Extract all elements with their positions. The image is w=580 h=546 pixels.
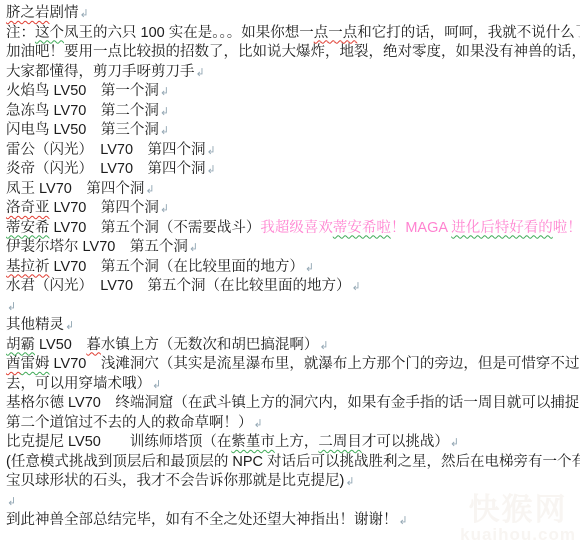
text-line: 急冻鸟 LV70 第二个洞↲ (6, 102, 580, 122)
text-line: 火焰鸟 LV50 第一个洞↲ (6, 82, 580, 102)
paragraph-mark: ↲ (79, 8, 89, 20)
text-line: 闪电鸟 LV50 第三个洞↲ (6, 121, 580, 141)
text-run: 急冻鸟 LV70 第二个洞 (6, 103, 159, 119)
text-run: 雷姆 (21, 356, 50, 372)
text-run: 这个 (35, 25, 64, 41)
text-run: 大家都懂得，剪刀手呀剪刀手 (6, 64, 195, 80)
text-line: 大家都懂得，剪刀手呀剪刀手↲ (6, 63, 580, 83)
paragraph-mark: ↲ (398, 515, 408, 527)
text-run: 上方， (275, 434, 319, 450)
text-line: 酋雷姆 LV70 浅滩洞穴（其实是流星瀑布里，就瀑布上方那个门的旁边，但是可惜穿… (6, 355, 580, 375)
text-line: 胡霸 LV50 暮水镇上方（无数次和胡巴搞混啊）↲ (6, 336, 580, 356)
text-run: 基拉祈 (6, 259, 50, 275)
text-line: 宝贝球形状的石头，我才不会告诉你那就是比克提尼)↲ (6, 472, 580, 492)
text-run: LV70 第四个洞 (50, 200, 159, 216)
text-run: 进化后特好看的 (451, 220, 553, 236)
paragraph-mark: ↲ (318, 340, 328, 352)
text-run: 剧情 (50, 5, 79, 21)
text-line: ↲ (6, 297, 580, 317)
text-run: 凤王的六只 100 实在是。。。如果你想一 (64, 25, 314, 41)
paragraph-mark: ↲ (188, 242, 198, 254)
text-run: (任意模式挑战到顶层后和最顶层的 NPC 对话后可以挑战胜利之星，然后在电梯旁有… (6, 454, 580, 470)
text-run: 蒂安希啦 (333, 220, 391, 236)
text-run: ！MAGA (391, 220, 451, 236)
paragraph-mark: ↲ (304, 262, 314, 274)
text-run: 二周目 (318, 434, 362, 450)
watermark-site-name: 快猴网 (460, 494, 576, 527)
text-run: 加油吧！要用一点比较损的招数了，比如说大爆炸，地裂，绝对零度，如果没有神兽的话， (6, 44, 580, 60)
text-run: 第二个道馆过不去的人的救命草啊！） (6, 415, 253, 431)
paragraph-mark: ↲ (344, 476, 354, 488)
text-line: 伊裴尔塔尔 LV70 第五个洞↲ (6, 238, 580, 258)
text-line: 凤王 LV70 第四个洞↲ (6, 180, 580, 200)
paragraph-mark: ↲ (151, 379, 161, 391)
text-line: 加油吧！要用一点比较损的招数了，比如说大爆炸，地裂，绝对零度，如果没有神兽的话， (6, 43, 580, 63)
paragraph-mark: ↲ (159, 86, 169, 98)
text-run: 胡霸 (6, 337, 35, 353)
text-run: 水镇上方（无数次和胡巴搞混啊） (101, 337, 319, 353)
text-run: 紫堇市 (231, 434, 275, 450)
text-run: 基格尔德 LV70 终端洞窟（在武斗镇上方的洞穴内，如果有金手指的话一周目就可以… (6, 395, 580, 411)
document-body: 脐之岩剧情↲注：这个凤王的六只 100 实在是。。。如果你想一点一点和它打的话，… (6, 4, 580, 531)
text-run: LV50 (35, 337, 86, 353)
text-run: 雷公（闪光） LV70 第四个洞 (6, 142, 206, 158)
text-run: LV70 第五个洞（在比较里面的地方） (50, 259, 304, 275)
text-run: 脐之岩 (6, 5, 50, 21)
text-run: 到此神兽全部总结完毕，如有不全之处还望大神指出！谢谢！ (6, 512, 398, 528)
text-line: 去，可以用穿墙术哦）↲ (6, 375, 580, 395)
text-run: 炎帝（闪光） LV70 第四个洞 (6, 161, 206, 177)
text-line: 比克提尼 LV50 训练师塔顶（在紫堇市上方，二周目才可以挑战）↲ (6, 433, 580, 453)
paragraph-mark: ↲ (206, 164, 216, 176)
paragraph-mark: ↲ (159, 203, 169, 215)
text-line: 蒂安希 LV70 第五个洞（不需要战斗）我超级喜欢蒂安希啦！MAGA 进化后特好… (6, 219, 580, 239)
text-run: 凤王 LV70 第四个洞 (6, 181, 144, 197)
text-run: 洛奇亚 (6, 200, 50, 216)
paragraph-mark: ↲ (6, 301, 16, 313)
paragraph-mark: ↲ (6, 496, 16, 508)
text-run: 蒂安希 (6, 220, 50, 236)
text-run: 宝贝球形状的石头，我才不会告诉你那就是比克提尼) (6, 473, 344, 489)
paragraph-mark: ↲ (449, 437, 459, 449)
text-line: 雷公（闪光） LV70 第四个洞↲ (6, 141, 580, 161)
paragraph-mark: ↲ (144, 184, 154, 196)
paragraph-mark: ↲ (64, 320, 74, 332)
text-line: 洛奇亚 LV70 第四个洞↲ (6, 199, 580, 219)
text-line: 第二个道馆过不去的人的救命草啊！）↲ (6, 414, 580, 434)
text-run: 伊裴尔塔尔 LV70 第五个洞 (6, 239, 188, 255)
text-line: 炎帝（闪光） LV70 第四个洞↲ (6, 160, 580, 180)
text-run: 酋 (6, 356, 21, 372)
paragraph-mark: ↲ (351, 281, 361, 293)
text-run: 点一点 (314, 25, 358, 41)
text-run: 才可以挑战） (362, 434, 449, 450)
text-line: 其他精灵↲ (6, 316, 580, 336)
text-run: 闪电鸟 LV50 第三个洞 (6, 122, 159, 138)
text-line: 基拉祈 LV70 第五个洞（在比较里面的地方）↲ (6, 258, 580, 278)
text-run: LV70 浅滩洞穴（其实是流星瀑布里，就瀑布上方那个门的旁边，但是可惜穿不过 (50, 356, 580, 372)
text-run: 水君（闪光） LV70 第五个洞（在比较里面的地方） (6, 278, 351, 294)
paragraph-mark: ↲ (159, 125, 169, 137)
text-run: 去，可以用穿墙术哦） (6, 376, 151, 392)
text-run: 和它打的话，呵呵，我就不说什么了， (357, 25, 580, 41)
text-run: 火焰鸟 LV50 第一个洞 (6, 83, 159, 99)
text-run: 比克提尼 LV50 训练师塔顶（在 (6, 434, 231, 450)
text-run: 注： (6, 25, 35, 41)
text-run: LV70 第五个洞（不需要战斗） (50, 220, 261, 236)
paragraph-mark: ↲ (253, 418, 263, 430)
watermark-site-url: kuaihou.com (460, 526, 576, 544)
text-line: (任意模式挑战到顶层后和最顶层的 NPC 对话后可以挑战胜利之星，然后在电梯旁有… (6, 453, 580, 473)
text-run: 我超级喜欢 (260, 220, 333, 236)
text-line: 注：这个凤王的六只 100 实在是。。。如果你想一点一点和它打的话，呵呵，我就不… (6, 24, 580, 44)
text-line: 水君（闪光） LV70 第五个洞（在比较里面的地方）↲ (6, 277, 580, 297)
paragraph-mark: ↲ (206, 145, 216, 157)
text-line: 脐之岩剧情↲ (6, 4, 580, 24)
paragraph-mark: ↲ (195, 67, 205, 79)
document-page: 脐之岩剧情↲注：这个凤王的六只 100 实在是。。。如果你想一点一点和它打的话，… (0, 0, 580, 546)
watermark: 快猴网 kuaihou.com (460, 494, 576, 544)
text-run: 其他精灵 (6, 317, 64, 333)
paragraph-mark: ↲ (159, 106, 169, 118)
text-run: 暮 (86, 337, 101, 353)
text-run: 啦！ (553, 220, 580, 236)
text-line: 基格尔德 LV70 终端洞窟（在武斗镇上方的洞穴内，如果有金手指的话一周目就可以… (6, 394, 580, 414)
